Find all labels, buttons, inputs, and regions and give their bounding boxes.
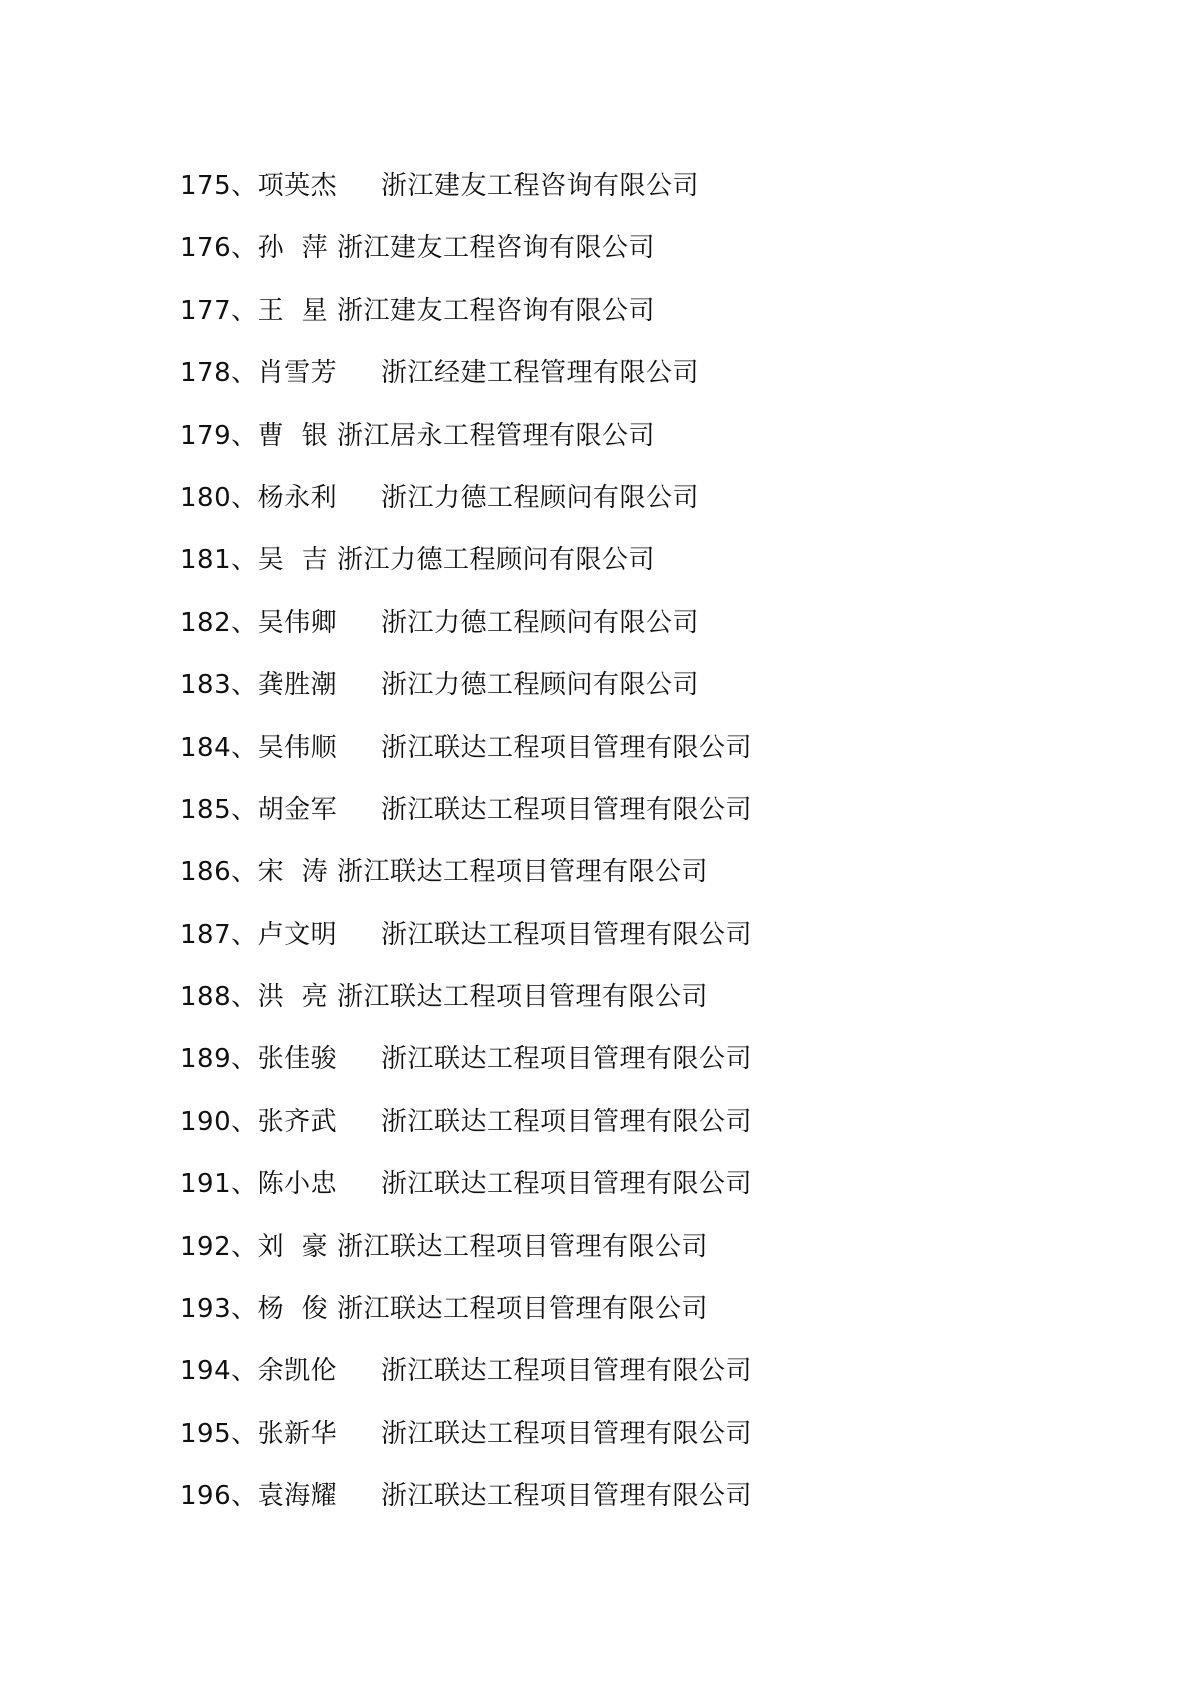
spacer [328,421,337,451]
entry-number: 195 [180,1419,231,1449]
company-name: 浙江联达工程项目管理有限公司 [381,1107,752,1137]
list-item: 184、吴伟顺 浙江联达工程项目管理有限公司 [180,728,752,790]
person-name: 杨 俊 [258,1294,329,1324]
entry-separator: 、 [231,982,258,1012]
entry-separator: 、 [231,296,258,326]
list-item: 192、刘 豪 浙江联达工程项目管理有限公司 [180,1227,752,1289]
list-item: 183、龚胜潮 浙江力德工程顾问有限公司 [180,665,752,727]
spacer [337,1169,381,1199]
company-name: 浙江联达工程项目管理有限公司 [381,1169,752,1199]
company-name: 浙江经建工程管理有限公司 [381,358,699,388]
spacer [328,545,337,575]
list-item: 196、袁海耀 浙江联达工程项目管理有限公司 [180,1476,752,1538]
person-name: 余凯伦 [258,1356,338,1386]
company-name: 浙江力德工程顾问有限公司 [381,608,699,638]
list-item: 178、肖雪芳 浙江经建工程管理有限公司 [180,353,752,415]
spacer [337,1107,381,1137]
entry-number: 191 [180,1169,231,1199]
entry-separator: 、 [231,358,258,388]
company-name: 浙江力德工程顾问有限公司 [381,670,699,700]
entry-separator: 、 [231,1481,258,1511]
entry-number: 182 [180,608,231,638]
person-name: 张佳骏 [258,1044,338,1074]
company-name: 浙江联达工程项目管理有限公司 [337,1232,708,1262]
person-name: 张齐武 [258,1107,338,1137]
list-item: 188、洪 亮 浙江联达工程项目管理有限公司 [180,977,752,1039]
company-name: 浙江建友工程咨询有限公司 [337,233,655,263]
entry-separator: 、 [231,545,258,575]
spacer [337,733,381,763]
spacer [328,1232,337,1262]
spacer [337,608,381,638]
company-name: 浙江联达工程项目管理有限公司 [381,1356,752,1386]
spacer [337,1481,381,1511]
entry-number: 180 [180,483,231,513]
entry-number: 193 [180,1294,231,1324]
list-item: 180、杨永利 浙江力德工程顾问有限公司 [180,478,752,540]
spacer [337,483,381,513]
entry-number: 187 [180,920,231,950]
entry-separator: 、 [231,857,258,887]
entry-number: 190 [180,1107,231,1137]
entry-separator: 、 [231,670,258,700]
entry-separator: 、 [231,1356,258,1386]
company-name: 浙江居永工程管理有限公司 [337,421,655,451]
list-item: 181、吴 吉 浙江力德工程顾问有限公司 [180,540,752,602]
list-item: 179、曹 银 浙江居永工程管理有限公司 [180,416,752,478]
person-name: 项英杰 [258,171,338,201]
entry-number: 196 [180,1481,231,1511]
person-name: 袁海耀 [258,1481,338,1511]
entry-number: 176 [180,233,231,263]
entry-separator: 、 [231,795,258,825]
company-name: 浙江联达工程项目管理有限公司 [381,1481,752,1511]
list-item: 176、孙 萍 浙江建友工程咨询有限公司 [180,228,752,290]
company-name: 浙江建友工程咨询有限公司 [381,171,699,201]
spacer [328,982,337,1012]
spacer [337,1356,381,1386]
entry-number: 184 [180,733,231,763]
entry-separator: 、 [231,1107,258,1137]
person-name: 杨永利 [258,483,338,513]
entry-number: 186 [180,857,231,887]
entry-separator: 、 [231,421,258,451]
spacer [337,795,381,825]
entry-separator: 、 [231,171,258,201]
entry-separator: 、 [231,483,258,513]
person-name: 龚胜潮 [258,670,338,700]
person-name: 曹 银 [258,421,329,451]
person-name: 吴伟卿 [258,608,338,638]
entry-number: 189 [180,1044,231,1074]
person-name: 吴伟顺 [258,733,338,763]
entry-separator: 、 [231,1232,258,1262]
spacer [337,1419,381,1449]
company-name: 浙江联达工程项目管理有限公司 [381,920,752,950]
spacer [328,233,337,263]
company-name: 浙江联达工程项目管理有限公司 [381,1044,752,1074]
document-page: 175、项英杰 浙江建友工程咨询有限公司 176、孙 萍 浙江建友工程咨询有限公… [0,0,1190,1683]
person-name: 张新华 [258,1419,338,1449]
entry-separator: 、 [231,1294,258,1324]
list-item: 189、张佳骏 浙江联达工程项目管理有限公司 [180,1039,752,1101]
list-item: 194、余凯伦 浙江联达工程项目管理有限公司 [180,1351,752,1413]
list-item: 187、卢文明 浙江联达工程项目管理有限公司 [180,915,752,977]
person-name: 孙 萍 [258,233,329,263]
personnel-list: 175、项英杰 浙江建友工程咨询有限公司 176、孙 萍 浙江建友工程咨询有限公… [180,166,752,1539]
person-name: 肖雪芳 [258,358,338,388]
person-name: 王 星 [258,296,329,326]
spacer [328,857,337,887]
person-name: 胡金军 [258,795,338,825]
company-name: 浙江联达工程项目管理有限公司 [381,795,752,825]
list-item: 190、张齐武 浙江联达工程项目管理有限公司 [180,1102,752,1164]
list-item: 191、陈小忠 浙江联达工程项目管理有限公司 [180,1164,752,1226]
entry-separator: 、 [231,1419,258,1449]
company-name: 浙江联达工程项目管理有限公司 [381,733,752,763]
entry-separator: 、 [231,233,258,263]
person-name: 陈小忠 [258,1169,338,1199]
entry-number: 185 [180,795,231,825]
person-name: 卢文明 [258,920,338,950]
spacer [337,920,381,950]
entry-number: 192 [180,1232,231,1262]
spacer [328,296,337,326]
list-item: 177、王 星 浙江建友工程咨询有限公司 [180,291,752,353]
list-item: 185、胡金军 浙江联达工程项目管理有限公司 [180,790,752,852]
person-name: 洪 亮 [258,982,329,1012]
list-item: 195、张新华 浙江联达工程项目管理有限公司 [180,1414,752,1476]
entry-number: 194 [180,1356,231,1386]
list-item: 182、吴伟卿 浙江力德工程顾问有限公司 [180,603,752,665]
person-name: 刘 豪 [258,1232,329,1262]
company-name: 浙江联达工程项目管理有限公司 [337,857,708,887]
entry-number: 178 [180,358,231,388]
company-name: 浙江联达工程项目管理有限公司 [337,1294,708,1324]
company-name: 浙江联达工程项目管理有限公司 [381,1419,752,1449]
entry-separator: 、 [231,608,258,638]
entry-number: 175 [180,171,231,201]
entry-separator: 、 [231,733,258,763]
entry-separator: 、 [231,1169,258,1199]
list-item: 193、杨 俊 浙江联达工程项目管理有限公司 [180,1289,752,1351]
company-name: 浙江力德工程顾问有限公司 [337,545,655,575]
entry-number: 177 [180,296,231,326]
spacer [337,670,381,700]
entry-number: 181 [180,545,231,575]
company-name: 浙江力德工程顾问有限公司 [381,483,699,513]
entry-number: 183 [180,670,231,700]
spacer [337,171,381,201]
company-name: 浙江建友工程咨询有限公司 [337,296,655,326]
list-item: 175、项英杰 浙江建友工程咨询有限公司 [180,166,752,228]
person-name: 宋 涛 [258,857,329,887]
spacer [337,1044,381,1074]
entry-number: 188 [180,982,231,1012]
spacer [337,358,381,388]
spacer [328,1294,337,1324]
list-item: 186、宋 涛 浙江联达工程项目管理有限公司 [180,852,752,914]
person-name: 吴 吉 [258,545,329,575]
entry-separator: 、 [231,1044,258,1074]
entry-separator: 、 [231,920,258,950]
company-name: 浙江联达工程项目管理有限公司 [337,982,708,1012]
entry-number: 179 [180,421,231,451]
